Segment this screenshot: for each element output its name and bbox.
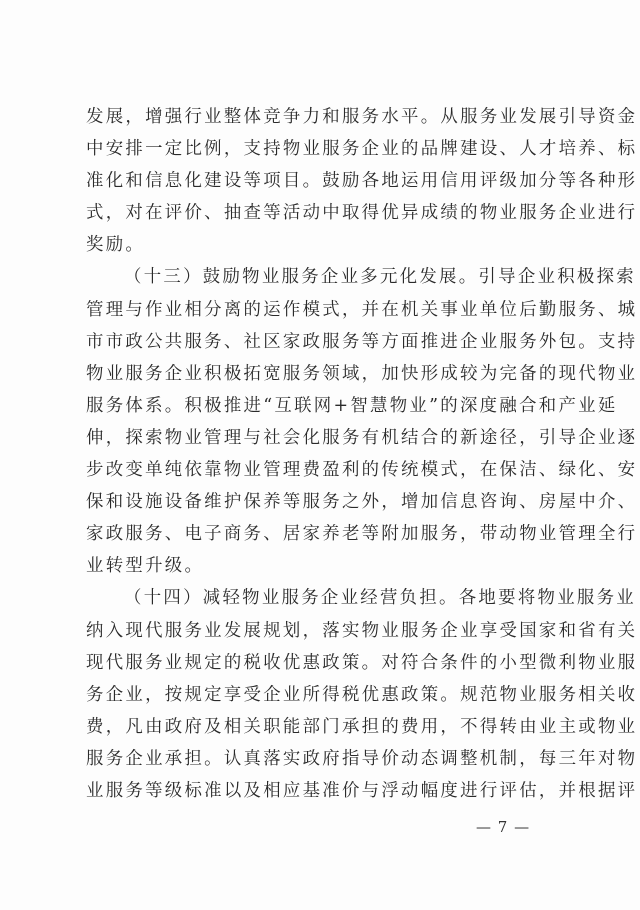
- paragraph-line: 业服务等级标准以及相应基准价与浮动幅度进行评估，并根据评: [86, 775, 558, 807]
- paragraph-line: 务企业，按规定享受企业所得税优惠政策。规范物业服务相关收: [86, 679, 558, 711]
- paragraph-line: 服务企业承担。认真落实政府指导价动态调整机制，每三年对物: [86, 743, 558, 775]
- section-heading-line-13: （十三）鼓励物业服务企业多元化发展。引导企业积极探索: [86, 261, 558, 293]
- paragraph-line: 步改变单纯依靠物业管理费盈利的传统模式，在保洁、绿化、安: [86, 454, 558, 486]
- paragraph-line: 伸，探索物业管理与社会化服务有机结合的新途径，引导企业逐: [86, 422, 558, 454]
- paragraph-line: 纳入现代服务业发展规划，落实物业服务企业享受国家和省有关: [86, 615, 558, 647]
- paragraph-line: 发展，增强行业整体竞争力和服务水平。从服务业发展引导资金: [86, 101, 558, 133]
- paragraph-line: 式，对在评价、抽查等活动中取得优异成绩的物业服务企业进行: [86, 197, 558, 229]
- paragraph-line: 业转型升级。: [86, 550, 558, 582]
- paragraph-line: 现代服务业规定的税收优惠政策。对符合条件的小型微利物业服: [86, 647, 558, 679]
- paragraph-line: 奖励。: [86, 229, 558, 261]
- paragraph-line: 物业服务企业积极拓宽服务领域，加快形成较为完备的现代物业: [86, 358, 558, 390]
- paragraph-line: 家政服务、电子商务、居家养老等附加服务，带动物业管理全行: [86, 518, 558, 550]
- page-number: — 7 —: [476, 818, 530, 836]
- section-heading-line-14: （十四）减轻物业服务企业经营负担。各地要将物业服务业: [86, 582, 558, 614]
- paragraph-line: 费，凡由政府及相关职能部门承担的费用，不得转由业主或物业: [86, 711, 558, 743]
- paragraph-line: 中安排一定比例，支持物业服务企业的品牌建设、人才培养、标: [86, 133, 558, 165]
- paragraph-line: 保和设施设备维护保养等服务之外，增加信息咨询、房屋中介、: [86, 486, 558, 518]
- paragraph-line: 管理与作业相分离的运作模式，并在机关事业单位后勤服务、城: [86, 294, 558, 326]
- document-page: 发展，增强行业整体竞争力和服务水平。从服务业发展引导资金 中安排一定比例，支持物…: [0, 0, 640, 910]
- paragraph-line: 市市政公共服务、社区家政服务等方面推进企业服务外包。支持: [86, 326, 558, 358]
- document-body: 发展，增强行业整体竞争力和服务水平。从服务业发展引导资金 中安排一定比例，支持物…: [86, 101, 558, 807]
- paragraph-line: 准化和信息化建设等项目。鼓励各地运用信用评级加分等各种形: [86, 165, 558, 197]
- paragraph-line: 服务体系。积极推进“互联网+智慧物业”的深度融合和产业延: [86, 390, 558, 422]
